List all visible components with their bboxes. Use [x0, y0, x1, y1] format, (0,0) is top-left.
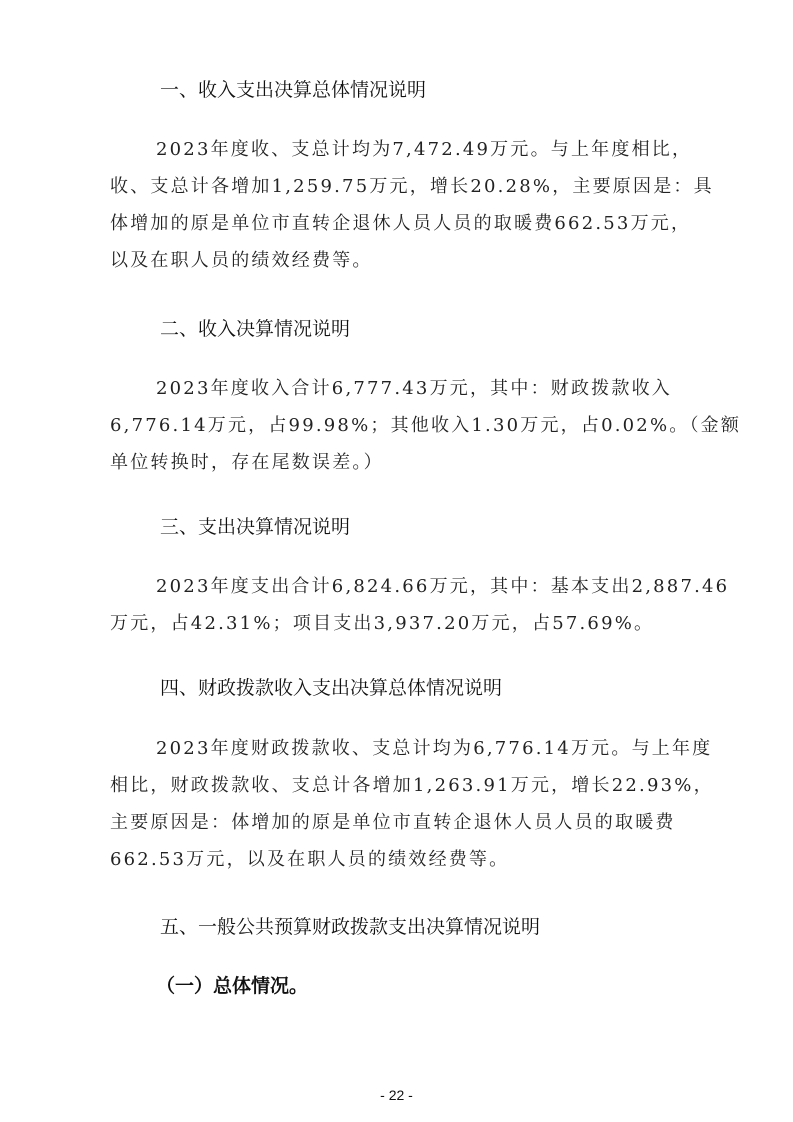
- paragraph-line: 6,776.14万元，占99.98%；其他收入1.30万元，占0.02%。（金额: [110, 414, 690, 451]
- subsection-heading: （一）总体情况。: [156, 974, 308, 998]
- paragraph-line: 2023年度收入合计6,777.43万元，其中：财政拨款收入: [110, 377, 690, 414]
- paragraph-line: 收、支总计各增加1,259.75万元，增长20.28%，主要原因是：具: [110, 175, 690, 212]
- section-5-heading: 五、一般公共预算财政拨款支出决算情况说明: [160, 915, 540, 939]
- section-4-heading: 四、财政拨款收入支出决算总体情况说明: [160, 676, 502, 700]
- section-3-paragraph: 2023年度支出合计6,824.66万元，其中：基本支出2,887.46 万元，…: [110, 575, 690, 649]
- paragraph-line: 主要原因是：体增加的原是单位市直转企退休人员人员的取暖费: [110, 811, 690, 848]
- section-2-paragraph: 2023年度收入合计6,777.43万元，其中：财政拨款收入 6,776.14万…: [110, 377, 690, 488]
- paragraph-line: 相比，财政拨款收、支总计各增加1,263.91万元，增长22.93%，: [110, 774, 690, 811]
- paragraph-line: 单位转换时，存在尾数误差。）: [110, 451, 690, 488]
- paragraph-line: 2023年度财政拨款收、支总计均为6,776.14万元。与上年度: [110, 737, 690, 774]
- page-number: - 22 -: [0, 1087, 793, 1103]
- paragraph-line: 体增加的原是单位市直转企退休人员人员的取暖费662.53万元，: [110, 212, 690, 249]
- section-1-heading: 一、收入支出决算总体情况说明: [160, 78, 426, 102]
- section-3-heading: 三、支出决算情况说明: [160, 515, 350, 539]
- paragraph-line: 万元，占42.31%；项目支出3,937.20万元，占57.69%。: [110, 612, 690, 649]
- section-2-heading: 二、收入决算情况说明: [160, 317, 350, 341]
- paragraph-line: 2023年度支出合计6,824.66万元，其中：基本支出2,887.46: [110, 575, 690, 612]
- paragraph-line: 2023年度收、支总计均为7,472.49万元。与上年度相比，: [110, 138, 690, 175]
- document-page: 一、收入支出决算总体情况说明 2023年度收、支总计均为7,472.49万元。与…: [0, 0, 793, 1122]
- section-1-paragraph: 2023年度收、支总计均为7,472.49万元。与上年度相比， 收、支总计各增加…: [110, 138, 690, 286]
- section-4-paragraph: 2023年度财政拨款收、支总计均为6,776.14万元。与上年度 相比，财政拨款…: [110, 737, 690, 885]
- paragraph-line: 以及在职人员的绩效经费等。: [110, 249, 690, 286]
- paragraph-line: 662.53万元，以及在职人员的绩效经费等。: [110, 848, 690, 885]
